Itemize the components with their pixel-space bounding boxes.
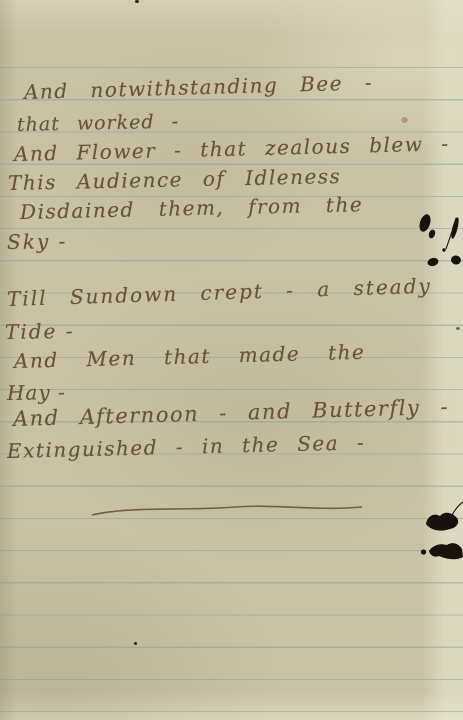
ink-blot bbox=[450, 217, 460, 240]
handwritten-line: And Men that made the bbox=[14, 340, 366, 373]
divider-flourish bbox=[92, 506, 362, 515]
manuscript-page: And notwithstanding Bee - that worked - … bbox=[0, 0, 463, 720]
ink-blot bbox=[427, 257, 440, 267]
ink-blot-tail bbox=[452, 502, 463, 515]
handwritten-line: that worked - bbox=[17, 111, 179, 136]
ink-blot bbox=[426, 513, 458, 531]
ink-blot bbox=[450, 255, 461, 266]
handwritten-line: This Audience of Idleness bbox=[8, 164, 342, 195]
paper-speck bbox=[135, 0, 139, 3]
paper-speck bbox=[456, 327, 460, 330]
ink-blot bbox=[428, 229, 437, 240]
foxing-dot bbox=[401, 117, 408, 123]
ink-blot bbox=[442, 248, 445, 251]
ink-blot bbox=[421, 549, 426, 554]
handwritten-line: Hay - bbox=[7, 380, 66, 405]
handwritten-line: Extinguished - in the Sea - bbox=[7, 430, 366, 463]
ink-blot bbox=[429, 543, 463, 559]
handwritten-line: And Flower - that zealous blew - bbox=[14, 131, 450, 166]
handwritten-line: Till Sundown crept - a steady bbox=[7, 274, 432, 311]
handwritten-line: And notwithstanding Bee - bbox=[24, 70, 374, 104]
paper-speck bbox=[134, 642, 137, 645]
handwritten-line: And Afternoon - and Butterfly - bbox=[13, 395, 450, 431]
handwritten-line: Disdained them, from the bbox=[20, 192, 364, 224]
ink-spatter-group bbox=[417, 213, 461, 267]
handwritten-line: Sky - bbox=[7, 229, 68, 254]
ink-streak bbox=[446, 218, 456, 249]
ink-blot-group bbox=[421, 502, 463, 559]
ink-blot bbox=[417, 213, 432, 233]
handwritten-line: Tide - bbox=[5, 319, 75, 344]
